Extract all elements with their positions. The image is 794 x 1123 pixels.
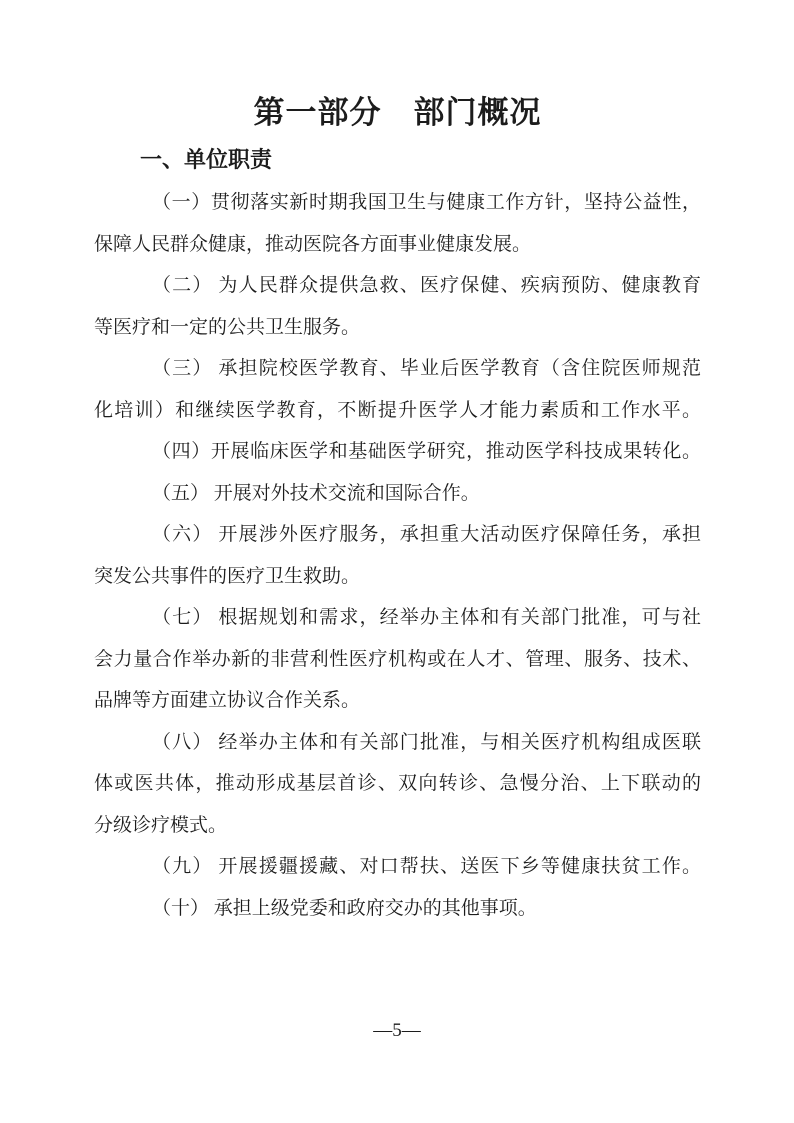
paragraph: （七） 根据规划和需求，经举办主体和有关部门批准，可与社会力量合作举办新的非营利… — [94, 597, 701, 722]
text-line: 保障人民群众健康，推动医院各方面事业健康发展。 — [94, 224, 701, 266]
paragraph: （三） 承担院校医学教育、毕业后医学教育（含住院医师规范化培训）和继续医学教育，… — [94, 348, 701, 431]
text-line: （四）开展临床医学和基础医学研究，推动医学科技成果转化。 — [94, 431, 701, 473]
page-title: 第一部分 部门概况 — [94, 90, 701, 135]
text-line: （五） 开展对外技术交流和国际合作。 — [94, 473, 701, 515]
body-text: （一）贯彻落实新时期我国卫生与健康工作方针，坚持公益性，保障人民群众健康，推动医… — [94, 182, 701, 929]
page-number: —5— — [0, 1018, 794, 1044]
document-page: 第一部分 部门概况 一、单位职责 （一）贯彻落实新时期我国卫生与健康工作方针，坚… — [0, 0, 794, 1123]
paragraph: （一）贯彻落实新时期我国卫生与健康工作方针，坚持公益性，保障人民群众健康，推动医… — [94, 182, 701, 265]
text-line: （三） 承担院校医学教育、毕业后医学教育（含住院医师规范 — [94, 348, 701, 390]
paragraph: （四）开展临床医学和基础医学研究，推动医学科技成果转化。 — [94, 431, 701, 473]
paragraph: （六） 开展涉外医疗服务，承担重大活动医疗保障任务，承担突发公共事件的医疗卫生救… — [94, 514, 701, 597]
text-line: （九） 开展援疆援藏、对口帮扶、送医下乡等健康扶贫工作。 — [94, 846, 701, 888]
text-line: 化培训）和继续医学教育，不断提升医学人才能力素质和工作水平。 — [94, 390, 701, 432]
text-line: 分级诊疗模式。 — [94, 805, 701, 847]
text-line: 会力量合作举办新的非营利性医疗机构或在人才、管理、服务、技术、 — [94, 639, 701, 681]
text-line: （六） 开展涉外医疗服务，承担重大活动医疗保障任务，承担 — [94, 514, 701, 556]
text-line: 品牌等方面建立协议合作关系。 — [94, 680, 701, 722]
paragraph: （十） 承担上级党委和政府交办的其他事项。 — [94, 888, 701, 930]
text-line: （八） 经举办主体和有关部门批准，与相关医疗机构组成医联 — [94, 722, 701, 764]
text-line: 突发公共事件的医疗卫生救助。 — [94, 556, 701, 598]
text-line: 等医疗和一定的公共卫生服务。 — [94, 307, 701, 349]
paragraph: （九） 开展援疆援藏、对口帮扶、送医下乡等健康扶贫工作。 — [94, 846, 701, 888]
section-heading: 一、单位职责 — [94, 145, 701, 175]
paragraph: （五） 开展对外技术交流和国际合作。 — [94, 473, 701, 515]
text-line: （十） 承担上级党委和政府交办的其他事项。 — [94, 888, 701, 930]
paragraph: （八） 经举办主体和有关部门批准，与相关医疗机构组成医联体或医共体，推动形成基层… — [94, 722, 701, 847]
text-line: 体或医共体，推动形成基层首诊、双向转诊、急慢分治、上下联动的 — [94, 763, 701, 805]
text-line: （二） 为人民群众提供急救、医疗保健、疾病预防、健康教育 — [94, 265, 701, 307]
paragraph: （二） 为人民群众提供急救、医疗保健、疾病预防、健康教育等医疗和一定的公共卫生服… — [94, 265, 701, 348]
text-line: （一）贯彻落实新时期我国卫生与健康工作方针，坚持公益性， — [94, 182, 701, 224]
page-content: 第一部分 部门概况 一、单位职责 （一）贯彻落实新时期我国卫生与健康工作方针，坚… — [94, 90, 701, 929]
text-line: （七） 根据规划和需求，经举办主体和有关部门批准，可与社 — [94, 597, 701, 639]
